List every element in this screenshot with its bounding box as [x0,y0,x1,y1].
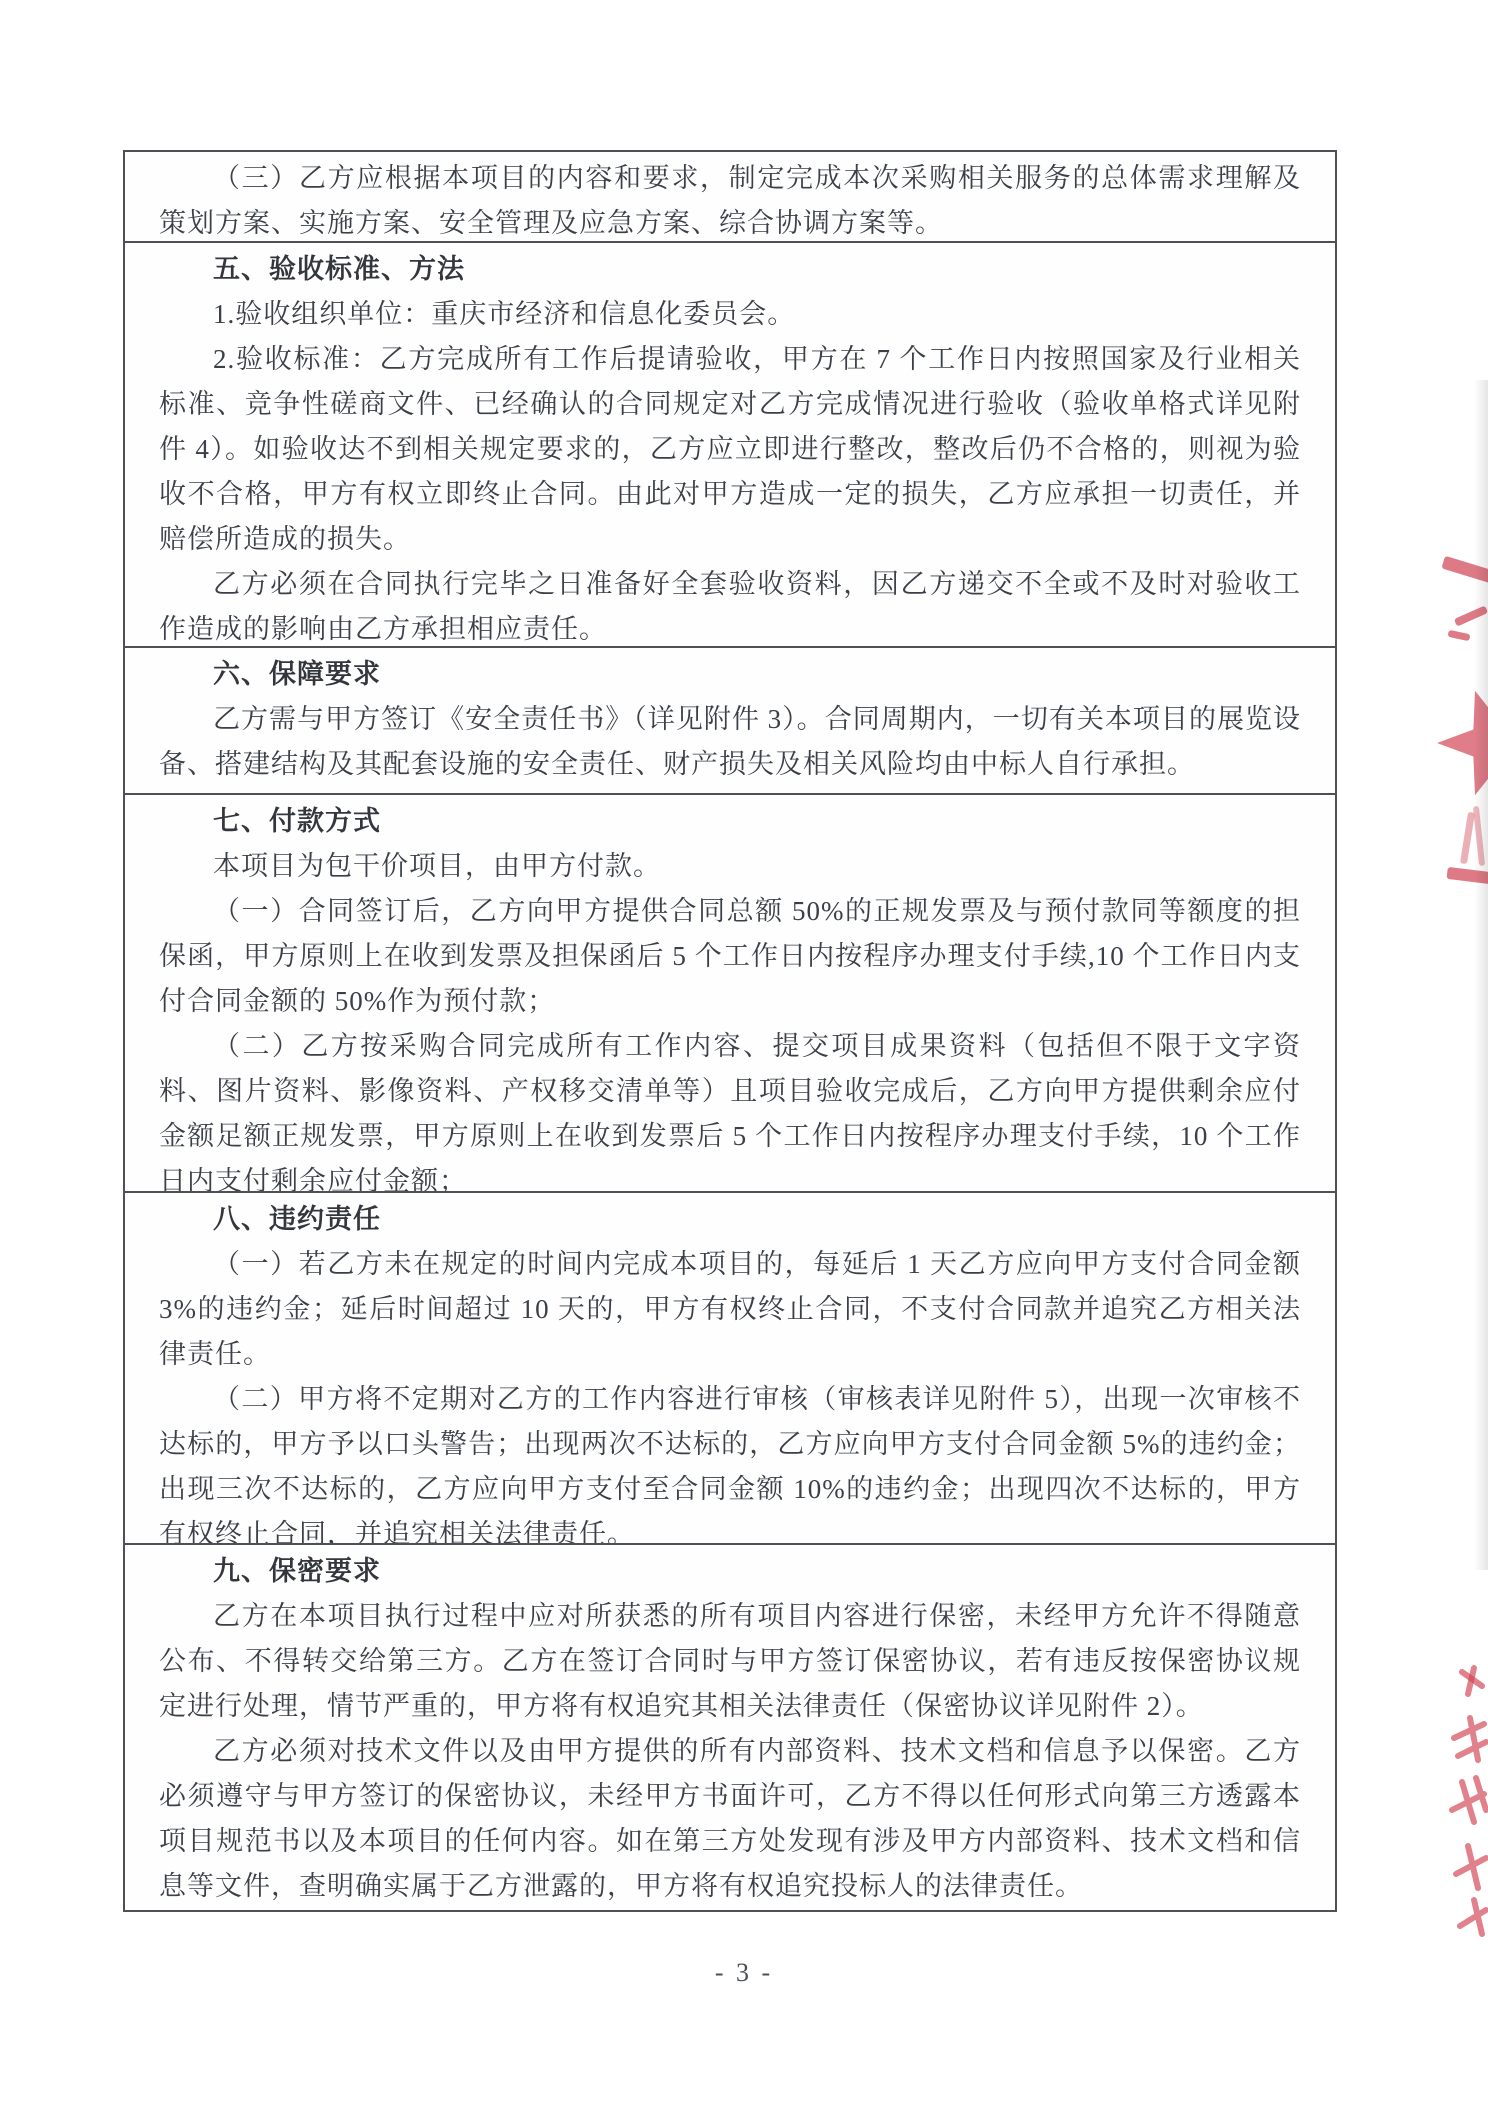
red-seal-fragment-lower [1444,1660,1488,1940]
section-7-payment: 七、付款方式 本项目为包干价项目，由甲方付款。 （一）合同签订后，乙方向甲方提供… [125,795,1335,1193]
section-5-acceptance: 五、验收标准、方法 1.验收组织单位：重庆市经济和信息化委员会。 2.验收标准：… [125,243,1335,648]
clause-table: （三）乙方应根据本项目的内容和要求，制定完成本次采购相关服务的总体需求理解及策划… [123,150,1337,1912]
paragraph: 乙方必须对技术文件以及由甲方提供的所有内部资料、技术文档和信息予以保密。乙方必须… [159,1729,1301,1909]
page-number: - 3 - [0,1958,1488,1988]
paragraph: （三）乙方应根据本项目的内容和要求，制定完成本次采购相关服务的总体需求理解及策划… [159,156,1301,243]
scanned-document-page: （三）乙方应根据本项目的内容和要求，制定完成本次采购相关服务的总体需求理解及策划… [0,0,1488,2104]
seal-stroke-icon [1454,605,1488,626]
paragraph: 2.验收标准：乙方完成所有工作后提请验收，甲方在 7 个工作日内按照国家及行业相… [159,337,1301,562]
scan-edge-shadow [1474,380,1488,1570]
section-9-confidentiality: 九、保密要求 乙方在本项目执行过程中应对所获悉的所有项目内容进行保密，未经甲方允… [125,1545,1335,1910]
paragraph: （二）乙方按采购合同完成所有工作内容、提交项目成果资料（包括但不限于文字资料、图… [159,1024,1301,1193]
seal-stroke-icon [1446,867,1488,885]
paragraph: 本项目为包干价项目，由甲方付款。 [159,844,1301,889]
paragraph: （二）甲方将不定期对乙方的工作内容进行审核（审核表详见附件 5），出现一次审核不… [159,1377,1301,1545]
section-8-breach: 八、违约责任 （一）若乙方未在规定的时间内完成本项目的，每延后 1 天乙方应向甲… [125,1193,1335,1545]
section-6-guarantee: 六、保障要求 乙方需与甲方签订《安全责任书》（详见附件 3）。合同周期内，一切有… [125,648,1335,795]
seal-stroke-icon [1460,812,1475,864]
paragraph: （一）合同签订后，乙方向甲方提供合同总额 50%的正规发票及与预付款同等额度的担… [159,889,1301,1024]
seal-strokes-icon [1444,1660,1488,1940]
paragraph: 乙方在本项目执行过程中应对所获悉的所有项目内容进行保密，未经甲方允许不得随意公布… [159,1594,1301,1729]
seal-stroke-icon [1473,806,1485,866]
paragraph: 乙方需与甲方签订《安全责任书》（详见附件 3）。合同周期内，一切有关本项目的展览… [159,697,1301,787]
paragraph: （一）若乙方未在规定的时间内完成本项目的，每延后 1 天乙方应向甲方支付合同金额… [159,1242,1301,1377]
seal-star-icon [1432,688,1488,803]
section-heading: 七、付款方式 [159,799,1301,844]
section-heading: 五、验收标准、方法 [159,247,1301,292]
seal-stroke-icon [1448,630,1471,641]
section-heading: 九、保密要求 [159,1549,1301,1594]
section-heading: 八、违约责任 [159,1197,1301,1242]
section-clause-3: （三）乙方应根据本项目的内容和要求，制定完成本次采购相关服务的总体需求理解及策划… [125,152,1335,243]
red-seal-fragment-upper [1420,540,1488,920]
seal-stroke-icon [1441,556,1488,585]
paragraph: 1.验收组织单位：重庆市经济和信息化委员会。 [159,292,1301,337]
section-heading: 六、保障要求 [159,652,1301,697]
paragraph: 乙方必须在合同执行完毕之日准备好全套验收资料，因乙方递交不全或不及时对验收工作造… [159,562,1301,648]
